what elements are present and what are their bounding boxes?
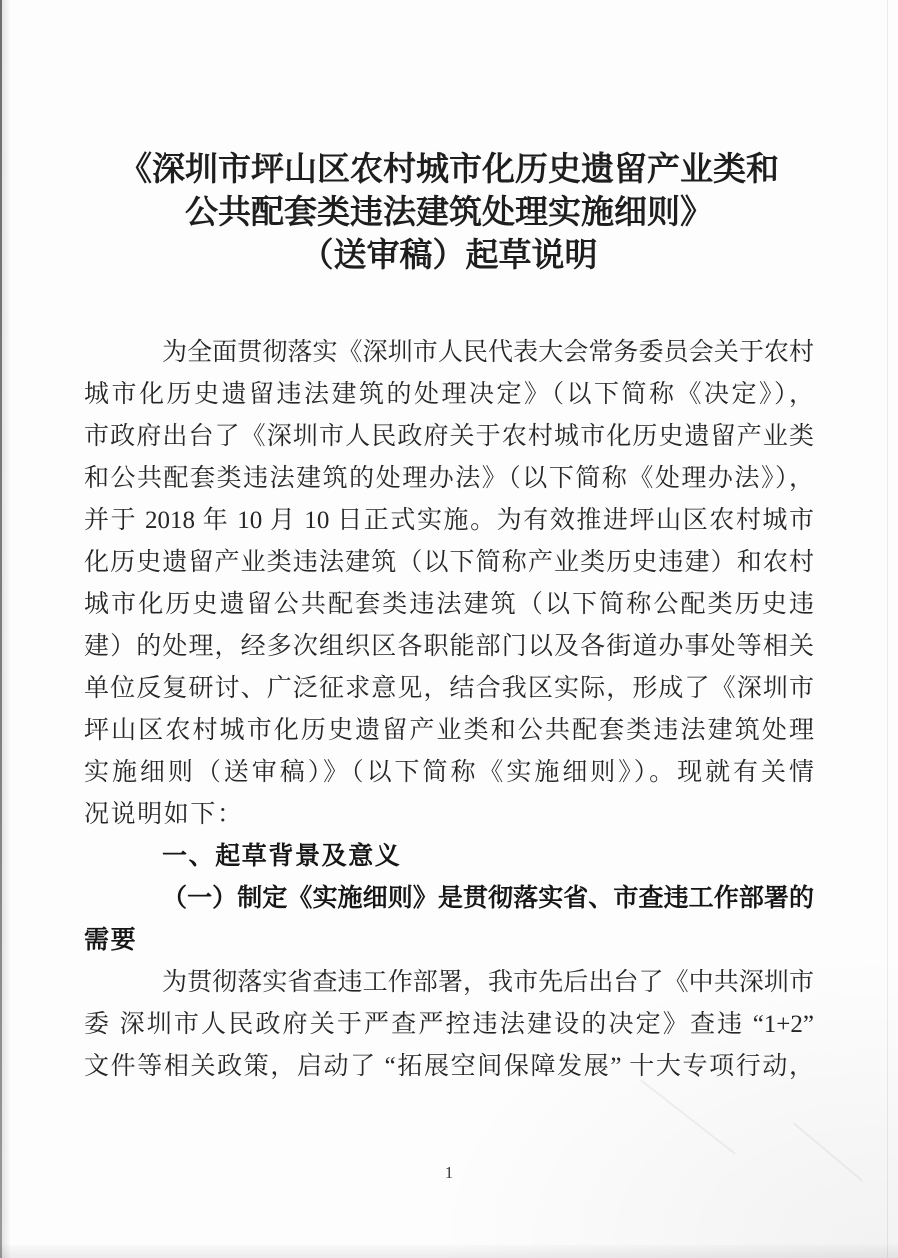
page-number: 1: [0, 1161, 898, 1185]
paragraph-line: 城市化历史遗留公共配套类违法建筑（以下简称公配类历史违: [84, 584, 814, 626]
paragraph-line: 城市化历史遗留违法建筑的处理决定》（以下简称《决定》），: [84, 374, 814, 416]
paragraph-line: 化历史遗留产业类违法建筑（以下简称产业类历史违建）和农村: [84, 542, 814, 584]
paragraph-line: 并于 2018 年 10 月 10 日正式实施。为有效推进坪山区农村城市: [84, 500, 814, 542]
paragraph-line: 坪山区农村城市化历史遗留产业类和公共配套类违法建筑处理: [84, 710, 814, 752]
document-body: 为全面贯彻落实《深圳市人民代表大会常务委员会关于农村 城市化历史遗留违法建筑的处…: [84, 332, 814, 1088]
section-heading: 一、起草背景及意义: [84, 836, 814, 878]
paragraph-line: 实施细则（送审稿）》（以下简称《实施细则》）。现就有关情: [84, 752, 814, 794]
title-line: 《深圳市坪山区农村城市化历史遗留产业类和: [64, 149, 834, 192]
paragraph-line: 文件等相关政策，启动了 “拓展空间保障发展” 十大专项行动，: [84, 1046, 814, 1088]
paragraph-line: 委 深圳市人民政府关于严查严控违法建设的决定》查违 “1+2”: [84, 1004, 814, 1046]
subsection-heading-line: （一）制定《实施细则》是贯彻落实省、市查违工作部署的: [84, 878, 814, 920]
document-title: 《深圳市坪山区农村城市化历史遗留产业类和 公共配套类违法建筑处理实施细则》 （送…: [64, 149, 834, 278]
scan-bottom-edge: [0, 1245, 898, 1258]
paragraph-line: 为全面贯彻落实《深圳市人民代表大会常务委员会关于农村: [84, 332, 814, 374]
subsection-heading-line: 需要: [84, 920, 814, 962]
paragraph-line: 为贯彻落实省查违工作部署，我市先后出台了《中共深圳市: [84, 962, 814, 1004]
paragraph-line: 市政府出台了《深圳市人民政府关于农村城市化历史遗留产业类: [84, 416, 814, 458]
paragraph-line: 和公共配套类违法建筑的处理办法》（以下简称《处理办法》），: [84, 458, 814, 500]
title-line: （送审稿）起草说明: [64, 235, 834, 278]
document-page: 《深圳市坪山区农村城市化历史遗留产业类和 公共配套类违法建筑处理实施细则》 （送…: [0, 0, 898, 1258]
paragraph-line: 单位反复研讨、广泛征求意见，结合我区实际，形成了《深圳市: [84, 668, 814, 710]
scan-left-shadow: [2, 0, 11, 1258]
paragraph-line: 建）的处理，经多次组织区各职能部门以及各街道办事处等相关: [84, 626, 814, 668]
title-line: 公共配套类违法建筑处理实施细则》: [64, 192, 834, 235]
paragraph-line: 况说明如下：: [84, 794, 814, 836]
